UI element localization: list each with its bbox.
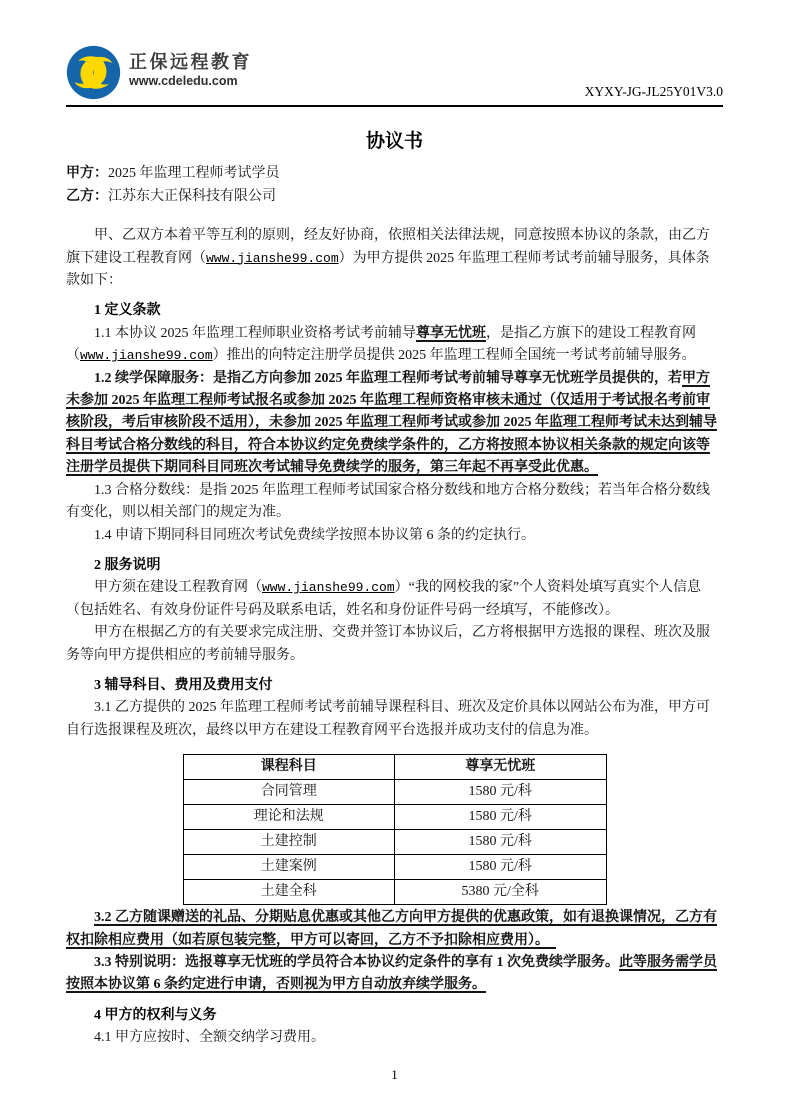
section-heading: 3 辅导科目、费用及费用支付: [66, 675, 723, 697]
table-header-row: 课程科目尊享无忧班: [183, 755, 606, 780]
table-cell: 土建全科: [183, 880, 395, 905]
text-segment: 3.1 乙方提供的 2025 年监理工程师考试考前辅导课程科目、班次及定价具体以…: [66, 700, 710, 737]
paragraph: 1.4 申请下期同科目同班次考试免费续学按照本协议第 6 条的约定执行。: [66, 525, 723, 547]
table-cell: 1580 元/科: [395, 805, 607, 830]
table-header-cell: 尊享无忧班: [395, 755, 607, 780]
document-title: 协议书: [66, 131, 723, 153]
cdel-swirl-logo-icon: [66, 45, 121, 100]
paragraph: 3.2 乙方随课赠送的礼品、分期贴息优惠或其他乙方向甲方提供的优惠政策，如有退换…: [66, 907, 723, 952]
table-cell: 土建控制: [183, 830, 395, 855]
table-cell: 理论和法规: [183, 805, 395, 830]
brand-name: 正保远程教育: [129, 51, 252, 73]
party-label: 乙方：: [66, 189, 108, 204]
header: 正保远程教育 www.cdeledu.com XYXY-JG-JL25Y01V3…: [66, 0, 723, 107]
table-row: 土建全科5380 元/全科: [183, 880, 606, 905]
document-body: 甲方：2025 年监理工程师考试学员乙方：江苏东大正保科技有限公司甲、乙双方本着…: [66, 163, 723, 1049]
text-segment: 甲方在根据乙方的有关要求完成注册、交费并签订本协议后，乙方将根据甲方选报的课程、…: [66, 625, 710, 662]
paragraph: 甲、乙双方本着平等互利的原则，经友好协商，依照相关法律法规，同意按照本协议的条款…: [66, 225, 723, 292]
brand-text: 正保远程教育 www.cdeledu.com: [129, 45, 252, 89]
table-cell: 1580 元/科: [395, 780, 607, 805]
table-row: 合同管理1580 元/科: [183, 780, 606, 805]
page-number: 1: [66, 1064, 723, 1086]
table-header-cell: 课程科目: [183, 755, 395, 780]
paragraph: 4.1 甲方应按时、全额交纳学习费用。: [66, 1027, 723, 1049]
section-heading: 2 服务说明: [66, 555, 723, 577]
paragraph: 3.1 乙方提供的 2025 年监理工程师考试考前辅导课程科目、班次及定价具体以…: [66, 697, 723, 742]
section-heading: 1 定义条款: [66, 300, 723, 322]
jianshe-link[interactable]: www.jianshe99.com: [80, 348, 213, 363]
table-cell: 5380 元/全科: [395, 880, 607, 905]
jianshe-link[interactable]: www.jianshe99.com: [206, 251, 339, 266]
text-segment: 3.2 乙方随课赠送的礼品、分期贴息优惠或其他乙方向甲方提供的优惠政策，如有退换…: [66, 910, 717, 947]
paragraph: 3.3 特别说明：选报尊享无忧班的学员符合本协议约定条件的享有 1 次免费续学服…: [66, 952, 723, 997]
table-cell: 合同管理: [183, 780, 395, 805]
brand-url: www.cdeledu.com: [129, 74, 252, 89]
text-segment: 甲方须在建设工程教育网（: [94, 580, 262, 595]
paragraph: 甲方须在建设工程教育网（www.jianshe99.com）“我的网校我的家”个…: [66, 577, 723, 622]
party-label: 甲方：: [66, 166, 108, 181]
table-cell: 土建案例: [183, 855, 395, 880]
text-segment: 4.1 甲方应按时、全额交纳学习费用。: [94, 1030, 325, 1045]
table-cell: 1580 元/科: [395, 855, 607, 880]
table-cell: 1580 元/科: [395, 830, 607, 855]
party-line: 甲方：2025 年监理工程师考试学员: [66, 163, 723, 185]
text-segment: 1.4 申请下期同科目同班次考试免费续学按照本协议第 6 条的约定执行。: [94, 528, 535, 543]
section-heading: 4 甲方的权利与义务: [66, 1005, 723, 1027]
table-row: 理论和法规1580 元/科: [183, 805, 606, 830]
document-page: 正保远程教育 www.cdeledu.com XYXY-JG-JL25Y01V3…: [0, 0, 789, 1120]
party-value: 2025 年监理工程师考试学员: [108, 166, 280, 181]
paragraph: 1.2 续学保障服务：是指乙方向参加 2025 年监理工程师考试考前辅导尊享无忧…: [66, 368, 723, 480]
table-row: 土建案例1580 元/科: [183, 855, 606, 880]
text-segment: ）推出的向特定注册学员提供 2025 年监理工程师全国统一考试考前辅导服务。: [213, 348, 696, 363]
pricing-table: 课程科目尊享无忧班合同管理1580 元/科理论和法规1580 元/科土建控制15…: [183, 754, 607, 905]
paragraph: 甲方在根据乙方的有关要求完成注册、交费并签订本协议后，乙方将根据甲方选报的课程、…: [66, 622, 723, 667]
document-code: XYXY-JG-JL25Y01V3.0: [585, 81, 723, 103]
paragraph: 1.3 合格分数线：是指 2025 年监理工程师考试国家合格分数线和地方合格分数…: [66, 480, 723, 525]
text-segment: 甲方未参加 2025 年监理工程师考试报名或参加 2025 年监理工程师资格审核…: [66, 371, 717, 476]
text-segment: 1.3 合格分数线：是指 2025 年监理工程师考试国家合格分数线和地方合格分数…: [66, 483, 710, 520]
party-line: 乙方：江苏东大正保科技有限公司: [66, 186, 723, 208]
jianshe-link[interactable]: www.jianshe99.com: [262, 580, 395, 595]
paragraph: 1.1 本协议 2025 年监理工程师职业资格考试考前辅导尊享无忧班，是指乙方旗…: [66, 323, 723, 368]
party-value: 江苏东大正保科技有限公司: [108, 189, 276, 204]
text-segment: 3.3 特别说明：选报尊享无忧班的学员符合本协议约定条件的享有 1 次免费续学服…: [94, 955, 619, 970]
text-segment: 尊享无忧班: [416, 326, 486, 341]
text-segment: 1.1 本协议 2025 年监理工程师职业资格考试考前辅导: [94, 326, 416, 341]
table-row: 土建控制1580 元/科: [183, 830, 606, 855]
text-segment: 1.2 续学保障服务：是指乙方向参加 2025 年监理工程师考试考前辅导尊享无忧…: [94, 371, 682, 386]
